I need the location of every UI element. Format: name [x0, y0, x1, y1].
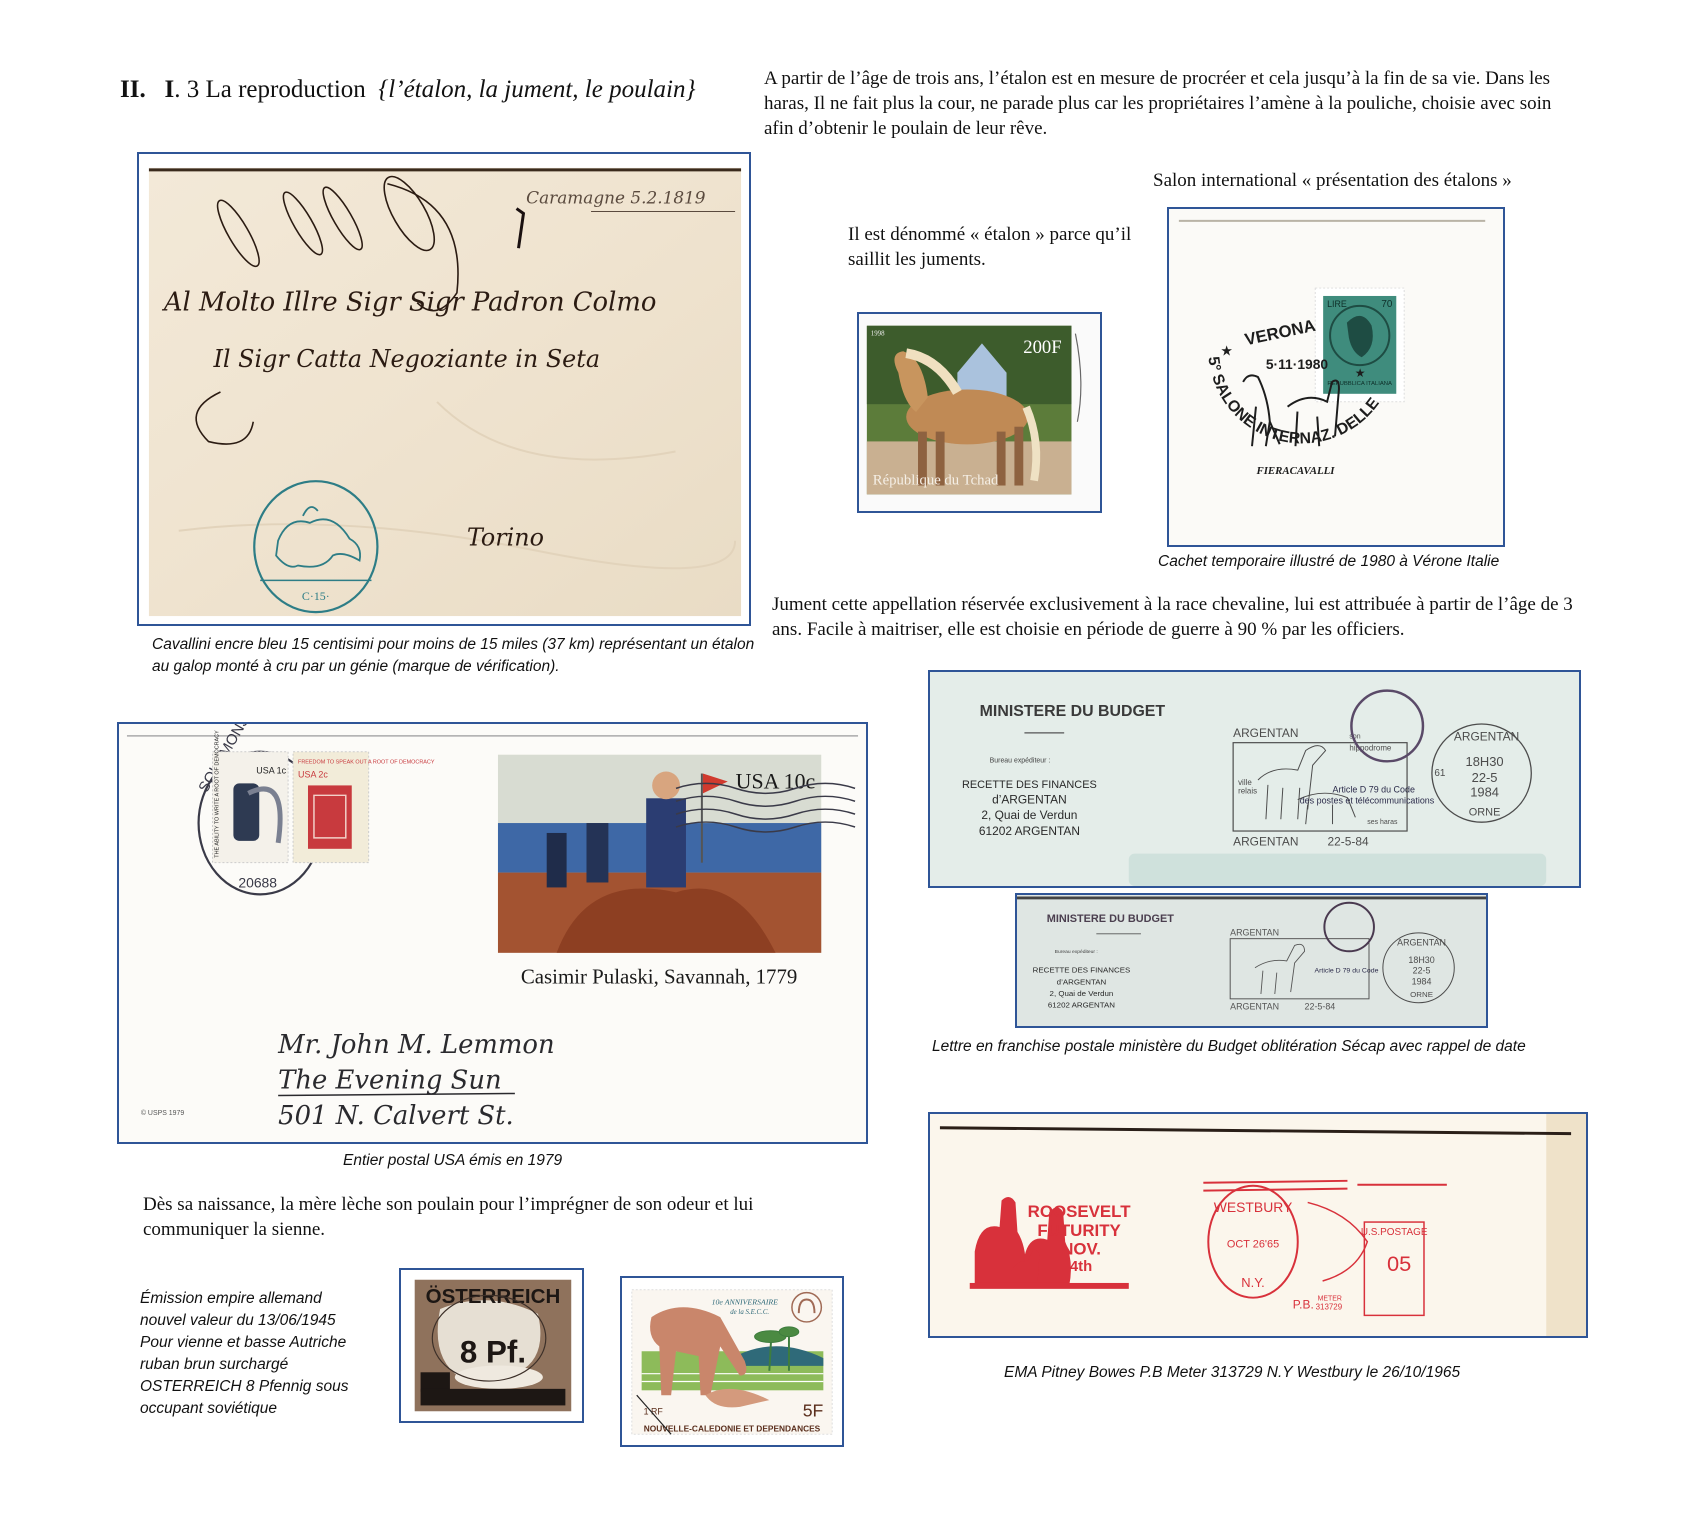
stamp-face-note: 1 RF	[644, 1407, 664, 1417]
caption-line: OSTERREICH 8 Pfennig sous	[140, 1376, 400, 1398]
stamp-year: 1998	[871, 331, 885, 338]
sender-label: Bureau expéditeur :	[1055, 949, 1098, 955]
usa-postal-card-image: SOLOMONS 20688 USA 1c THE ABILITY TO WRI…	[117, 722, 868, 1144]
etalon-note: Il est dénommé « étalon » parce qu’il sa…	[848, 222, 1148, 272]
section-number: II.	[120, 76, 146, 103]
copyright-text: © USPS 1979	[141, 1109, 185, 1117]
address-line: RECETTE DES FINANCES	[962, 779, 1097, 791]
verona-cover-image: LIRE 70 REPUBBLICA ITALIANA 5° SALONE IN…	[1167, 207, 1505, 547]
address-line: d’ARGENTAN	[992, 793, 1067, 807]
stamp-overprint: ÖSTERREICH	[426, 1285, 561, 1308]
imprint-caption: Casimir Pulaski, Savannah, 1779	[521, 965, 798, 989]
flamme-word: relais	[1238, 787, 1257, 796]
flamme-city: ARGENTAN	[1233, 726, 1298, 740]
slogan-line: FUTURITY	[1037, 1221, 1120, 1240]
slogan-line: NOV.	[1061, 1240, 1101, 1259]
cds-dept: 61	[1434, 768, 1445, 779]
stamp-value: 70	[1381, 299, 1392, 310]
address-line: The Evening Sun	[278, 1066, 502, 1096]
address-line: d’ARGENTAN	[1057, 977, 1107, 986]
cds-city: ARGENTAN	[1454, 730, 1519, 744]
address-line: 2, Quai de Verdun	[1050, 989, 1114, 998]
letter-destination: Torino	[467, 524, 544, 552]
cds-year: 1984	[1470, 785, 1499, 800]
caption-line: Émission empire allemand	[140, 1288, 400, 1310]
franchise-text: des postes et télécommunications	[1300, 796, 1435, 806]
stamp-country: NOUVELLE-CALEDONIE ET DEPENDANCES	[644, 1423, 821, 1433]
flamme-city: ARGENTAN	[1230, 1002, 1279, 1012]
meter-value: 05	[1387, 1251, 1411, 1276]
slogan-line: 4th	[1070, 1259, 1092, 1275]
page-subtitle: {l’étalon, la jument, le poulain}	[378, 76, 695, 103]
letter-dateline: Caramagne 5.2.1819	[526, 188, 706, 208]
caption-ema: EMA Pitney Bowes P.B Meter 313729 N.Y We…	[1004, 1362, 1460, 1384]
italy-siracusana-stamp: LIRE 70 REPUBBLICA ITALIANA	[1315, 288, 1404, 402]
flamme-city: ARGENTAN	[1230, 928, 1279, 938]
flamme-date: 22-5-84	[1328, 835, 1369, 849]
stamp-currency: LIRE	[1327, 299, 1347, 309]
franchise-text: Article D 79 du Code	[1314, 968, 1378, 975]
caption-line: nouvel valeur du 13/06/1945	[140, 1310, 400, 1332]
address-line: 2, Quai de Verdun	[981, 808, 1077, 822]
naissance-paragraph: Dès sa naissance, la mère lèche son poul…	[143, 1192, 863, 1242]
cds-time: 18H30	[1408, 955, 1434, 965]
cds-year: 1984	[1412, 976, 1432, 986]
cds-date: 22-5	[1413, 966, 1431, 976]
stamp-line1: 10e ANNIVERSAIRE	[712, 1297, 779, 1306]
letter-address-line1: Al Molto Illre Sigr Sigr Padron Colmo	[162, 288, 657, 318]
stamp1-value: USA 1c	[256, 766, 286, 776]
meter-state: N.Y.	[1241, 1275, 1264, 1290]
caption-osterreich: Émission empire allemand nouvel valeur d…	[140, 1288, 400, 1420]
stamp2-value: USA 2c	[298, 770, 328, 780]
letter-address-line2: Il Sigr Catta Negoziante in Seta	[213, 345, 601, 373]
franchise-text: Article D 79 du Code	[1333, 785, 1415, 795]
meter-label: U.S.POSTAGE	[1361, 1227, 1428, 1238]
stamp2-text: FREEDOM TO SPEAK OUT A ROOT OF DEMOCRACY	[298, 760, 435, 766]
caption-line: Pour vienne et basse Autriche	[140, 1332, 400, 1354]
caption-verona: Cachet temporaire illustré de 1980 à Vér…	[1158, 551, 1499, 573]
cancel-mark: FIERACAVALLI	[1255, 465, 1335, 477]
caption-ministere: Lettre en franchise postale ministère du…	[932, 1036, 1526, 1058]
page-title: II. I. 3 La reproduction {l’étalon, la j…	[120, 76, 696, 104]
cover-heading: MINISTERE DU BUDGET	[1047, 913, 1175, 925]
jument-paragraph: Jument cette appellation réservée exclus…	[772, 592, 1592, 642]
salon-label: Salon international « présentation des é…	[1153, 170, 1512, 192]
flamme-word: ville	[1238, 778, 1252, 787]
intro-paragraph: A partir de l’âge de trois ans, l’étalon…	[764, 66, 1584, 141]
stamp1-text: THE ABILITY TO WRITE A ROOT OF DEMOCRACY	[214, 730, 220, 858]
stamp-value: 8 Pf.	[460, 1335, 526, 1370]
flamme-city: ARGENTAN	[1233, 835, 1298, 849]
star-icon: ★	[1355, 366, 1366, 380]
caption-line: occupant soviétique	[140, 1398, 400, 1420]
roosevelt-meter-cover-image: ROOSEVELT FUTURITY NOV. 4th WESTBURY OCT…	[928, 1112, 1588, 1338]
meter-city: WESTBURY	[1214, 1199, 1293, 1215]
address-line: Mr. John M. Lemmon	[277, 1030, 554, 1060]
address-line: 61202 ARGENTAN	[979, 824, 1080, 838]
cavallini-letter-image: Caramagne 5.2.1819 Al Molto Illre Sigr S…	[137, 152, 751, 626]
address-line: 61202 ARGENTAN	[1048, 1001, 1115, 1010]
stamp-country: République du Tchad	[873, 473, 999, 489]
cds-time: 18H30	[1466, 754, 1504, 769]
caledonie-stamp-image: 10e ANNIVERSAIRE de la S.E.C.C. 5F 1 RF …	[620, 1276, 844, 1447]
cds-region: ORNE	[1410, 990, 1433, 999]
cds-city: ARGENTAN	[1397, 938, 1446, 948]
star-icon: ★	[1220, 343, 1232, 358]
cancel-date: 5·11·1980	[1266, 356, 1329, 372]
pulaski-imprint-stamp: USA 10c	[498, 755, 855, 953]
caption-line: ruban brun surchargé	[140, 1354, 400, 1376]
ministere-cover-small-image: MINISTERE DU BUDGET Bureau expéditeur : …	[1015, 893, 1488, 1028]
meter-date: OCT 26'65	[1227, 1239, 1279, 1251]
caption-usa: Entier postal USA émis en 1979	[343, 1150, 562, 1172]
sender-label: Bureau expéditeur :	[990, 757, 1051, 764]
cover-heading: MINISTERE DU BUDGET	[980, 703, 1166, 720]
title-text: . 3 La reproduction	[174, 76, 366, 103]
stamp-line2: de la S.E.C.C.	[730, 1309, 769, 1316]
tchad-stamp-image: 1998 200F République du Tchad	[857, 312, 1102, 513]
postmark-zip: 20688	[238, 874, 277, 890]
flamme-word: ses haras	[1367, 819, 1398, 826]
cds-date: 22-5	[1472, 770, 1498, 785]
sender-address: RECETTE DES FINANCES d’ARGENTAN 2, Quai …	[962, 779, 1097, 838]
subsection-number: I	[164, 76, 174, 103]
address-line: 501 N. Calvert St.	[278, 1101, 514, 1131]
flamme-date: 22-5-84	[1305, 1002, 1336, 1012]
stamp-value: 200F	[1023, 337, 1061, 358]
caption-cavallini: Cavallini encre bleu 15 centisimi pour m…	[152, 634, 772, 678]
osterreich-stamp-image: ÖSTERREICH 8 Pf.	[399, 1268, 584, 1423]
address-line: Baltimore, MD 21202	[277, 1139, 561, 1142]
meter-number: 313729	[1316, 1303, 1343, 1312]
meter-brand: P.B.	[1293, 1298, 1314, 1312]
slogan-line: ROOSEVELT	[1028, 1202, 1132, 1221]
address-line: RECETTE DES FINANCES	[1033, 966, 1131, 975]
stamp-value: 5F	[803, 1401, 824, 1421]
imprint-value: USA 10c	[736, 769, 816, 793]
cavallino-value: C·15·	[302, 589, 330, 603]
ministere-cover-large-image: MINISTERE DU BUDGET Bureau expéditeur : …	[928, 670, 1581, 888]
cds-region: ORNE	[1469, 806, 1501, 818]
